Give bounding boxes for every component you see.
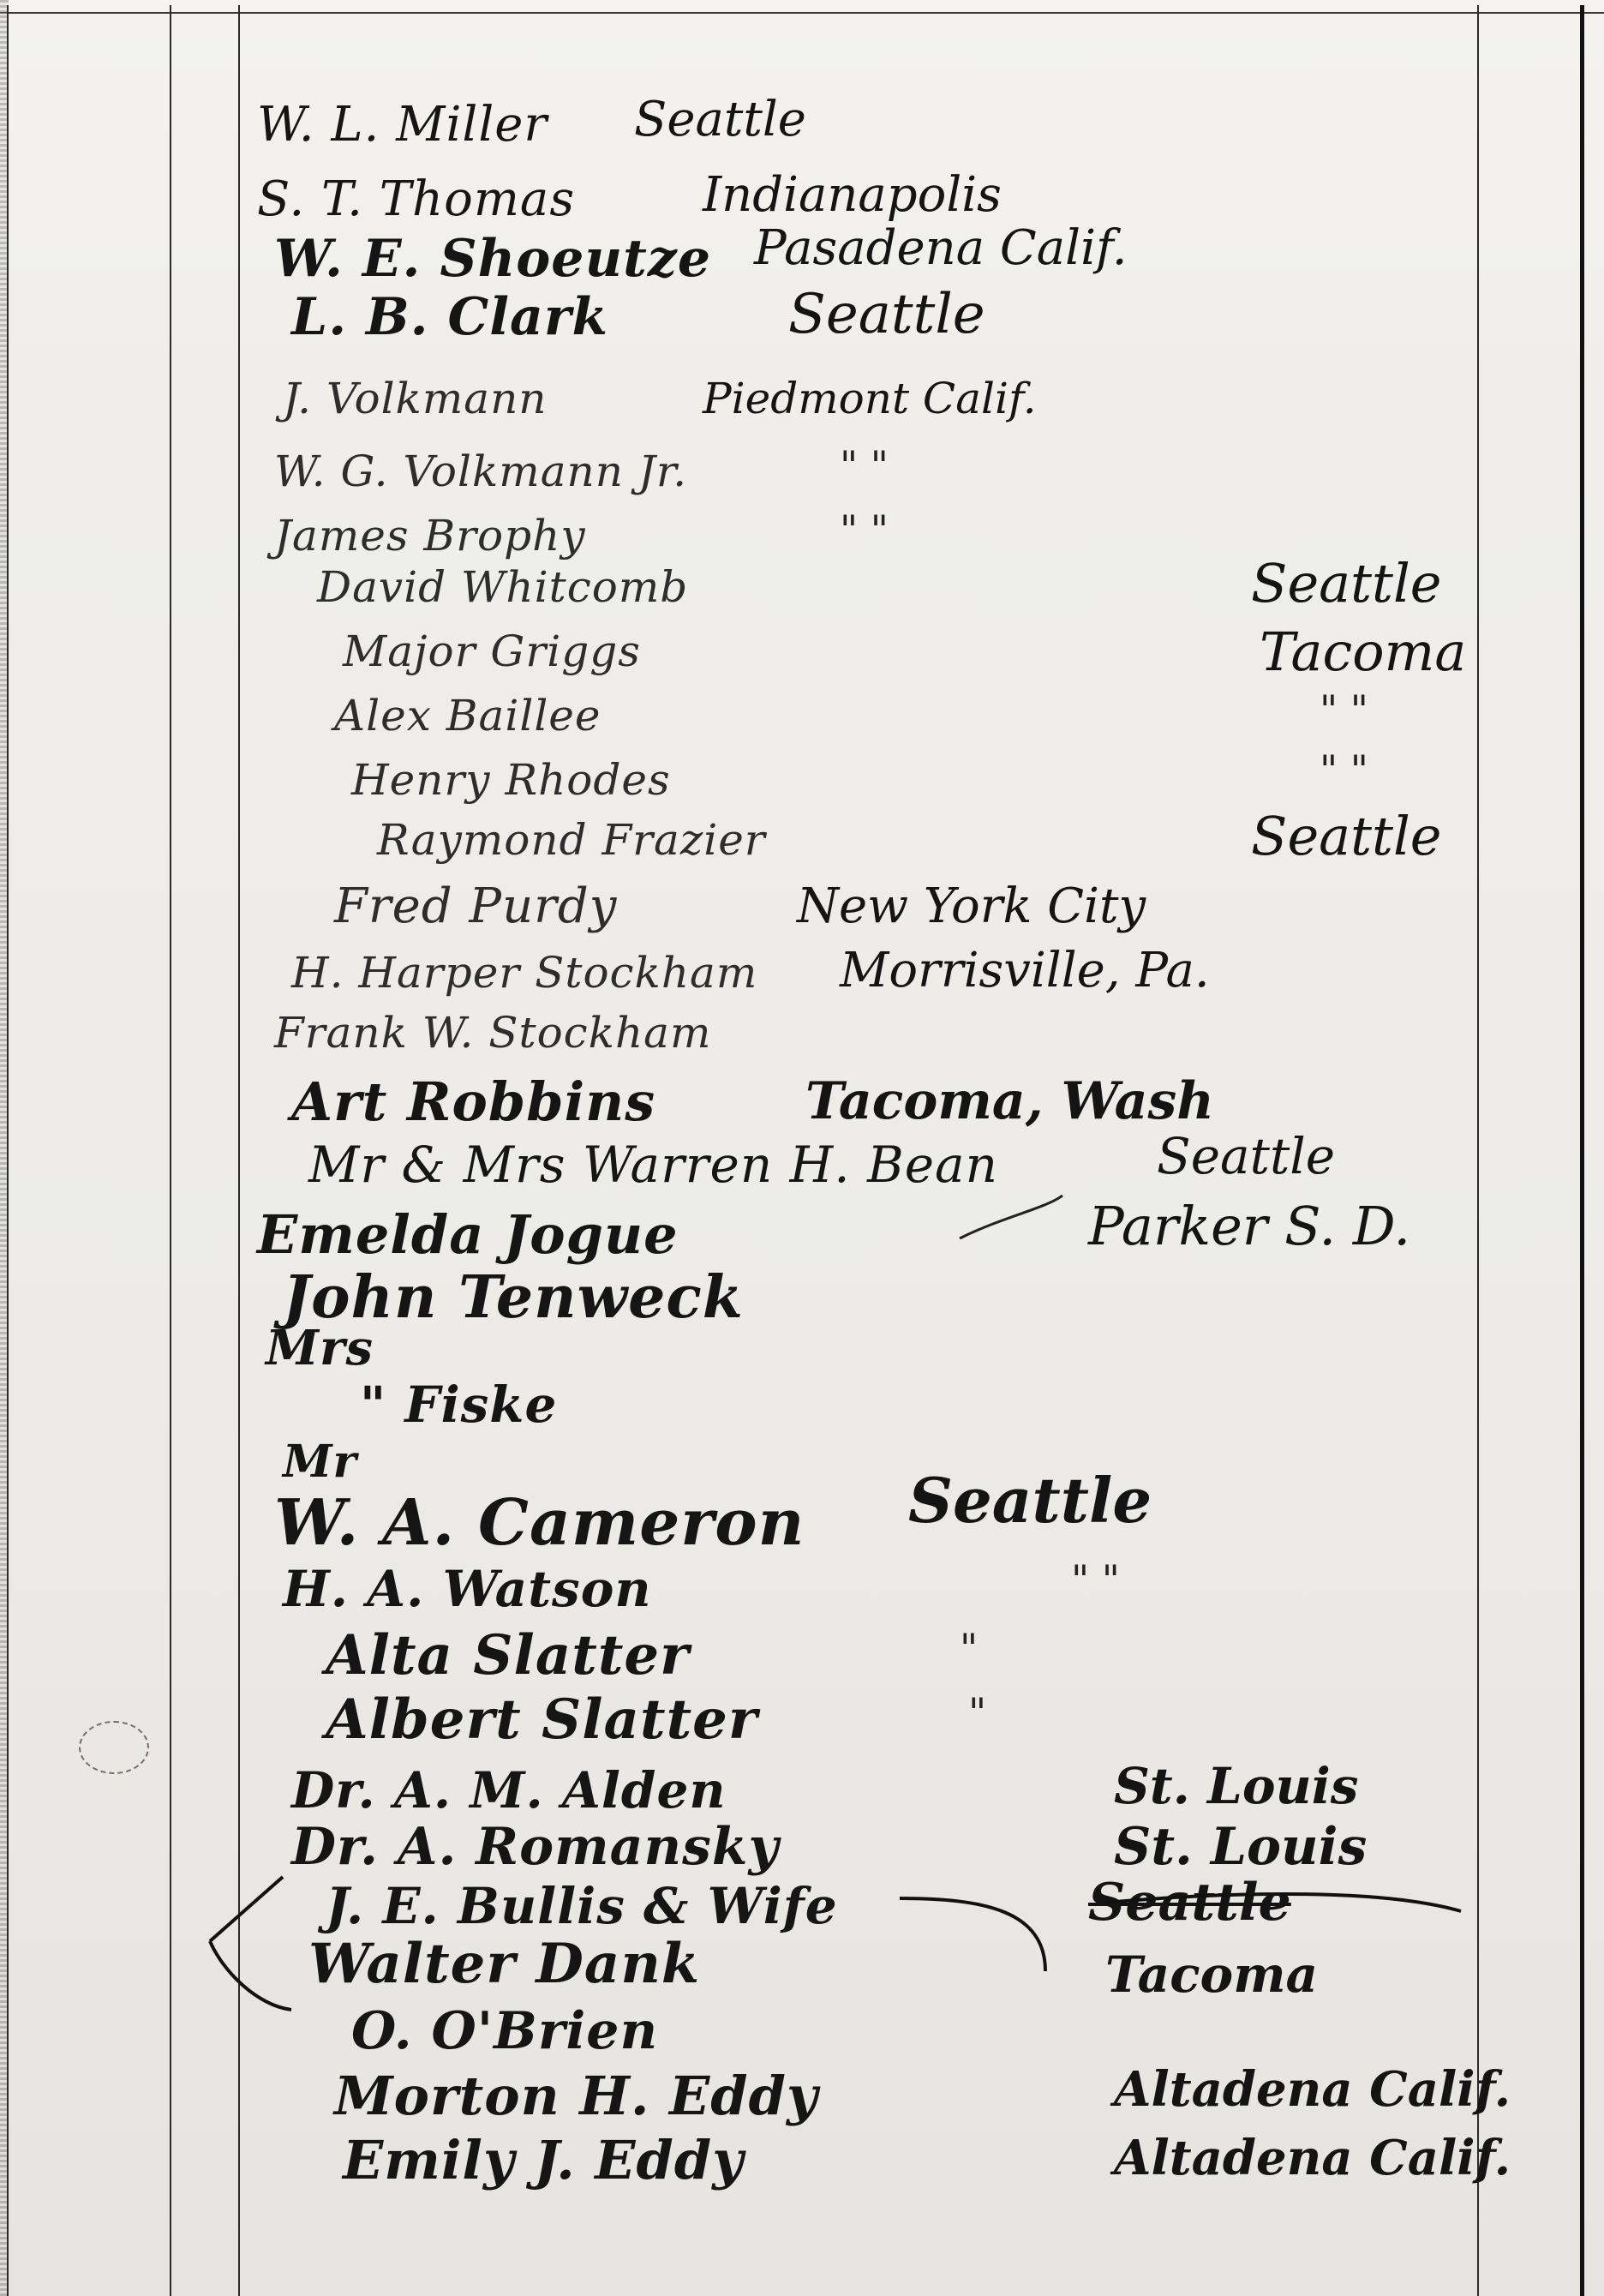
entry-name: John Tenweck <box>283 1268 744 1327</box>
entry-city: Altadena Calif. <box>1114 2134 1511 2182</box>
entry-name: W. G. Volkmann Jr. <box>274 450 687 493</box>
entry-name: " Fiske <box>360 1380 557 1430</box>
entry-city: Morrisville, Pa. <box>840 947 1210 995</box>
entry-name: H. Harper Stockham <box>291 951 757 994</box>
entry-name: Dr. A. M. Alden <box>291 1765 727 1815</box>
margin-rule <box>7 5 9 2296</box>
entry-name: Mr <box>283 1440 357 1484</box>
entry-city-ditto: " " <box>1320 690 1368 729</box>
column-rule <box>1477 5 1479 2296</box>
entry-name: Henry Rhodes <box>351 758 671 801</box>
entry-city: Altadena Calif. <box>1114 2065 1511 2113</box>
entry-name: J. E. Bullis & Wife <box>326 1881 838 1931</box>
entry-name: Dr. A. Romansky <box>291 1821 779 1873</box>
entry-name: W. L. Miller <box>257 101 548 149</box>
entry-name: James Brophy <box>274 514 586 557</box>
entry-city: Tacoma, Wash <box>805 1076 1214 1127</box>
entry-city: Seattle <box>1157 1131 1335 1181</box>
entry-city: Indianapolis <box>703 171 1002 219</box>
entry-city: St. Louis <box>1114 1761 1358 1811</box>
entry-name: H. A. Watson <box>283 1564 652 1614</box>
entry-city: Tacoma <box>1105 1950 1318 1999</box>
entry-name: Art Robbins <box>291 1076 655 1129</box>
entry-city: Tacoma <box>1260 626 1466 679</box>
entry-name: O. O'Brien <box>351 2005 658 2057</box>
entry-name: Albert Slatter <box>326 1693 758 1747</box>
entry-city: Parker S. D. <box>1088 1200 1410 1253</box>
margin-rule <box>170 5 171 2296</box>
column-rule <box>1580 5 1584 2296</box>
entry-city: St. Louis <box>1114 1821 1367 1873</box>
register-page: W. L. Miller Seattle S. T. Thomas Indian… <box>0 0 1604 2296</box>
entry-name: Alta Slatter <box>326 1628 690 1683</box>
entry-name: David Whitcomb <box>317 566 688 608</box>
entry-name: L. B. Clark <box>291 291 608 343</box>
entry-city: New York City <box>797 883 1146 931</box>
entry-name: Mr & Mrs Warren H. Bean <box>308 1140 998 1190</box>
entry-name: Fred Purdy <box>334 883 617 931</box>
margin-rule <box>238 5 240 2296</box>
entry-name: W. E. Shoeutze <box>274 233 711 285</box>
entry-city-ditto: " " <box>1320 750 1368 789</box>
entry-city: Seattle <box>1251 557 1441 610</box>
entry-name: Walter Dank <box>308 1937 700 1992</box>
entry-city: Seattle <box>1088 1877 1291 1928</box>
entry-city: Pasadena Calif. <box>754 225 1128 273</box>
entry-name: W. A. Cameron <box>274 1491 805 1555</box>
entry-name: Emily J. Eddy <box>343 2134 744 2187</box>
entry-name: Alex Baillee <box>334 694 601 737</box>
entry-city-ditto: " <box>968 1693 986 1732</box>
entry-city: Seattle <box>908 1470 1152 1532</box>
entry-name: Raymond Frazier <box>377 818 766 861</box>
entry-name: Mrs <box>266 1324 374 1372</box>
entry-city-ditto: " " <box>1071 1560 1120 1599</box>
entry-name: Emelda Jogue <box>257 1208 679 1262</box>
entry-city: Seattle <box>634 96 806 144</box>
page-top-border <box>0 0 1604 14</box>
entry-city: Piedmont Calif. <box>703 377 1037 420</box>
entry-city-ditto: " <box>960 1628 978 1668</box>
entry-name: Major Griggs <box>343 630 641 673</box>
entry-name: Morton H. Eddy <box>334 2070 818 2123</box>
binder-hole <box>79 1721 149 1774</box>
entry-name: J. Volkmann <box>283 377 548 420</box>
entry-name: S. T. Thomas <box>257 176 575 224</box>
entry-city: Seattle <box>788 287 985 342</box>
entry-name: Frank W. Stockham <box>274 1011 711 1054</box>
entry-city-ditto: " " <box>840 510 889 549</box>
entry-city-ditto: " " <box>840 446 889 485</box>
entry-city: Seattle <box>1251 810 1441 863</box>
